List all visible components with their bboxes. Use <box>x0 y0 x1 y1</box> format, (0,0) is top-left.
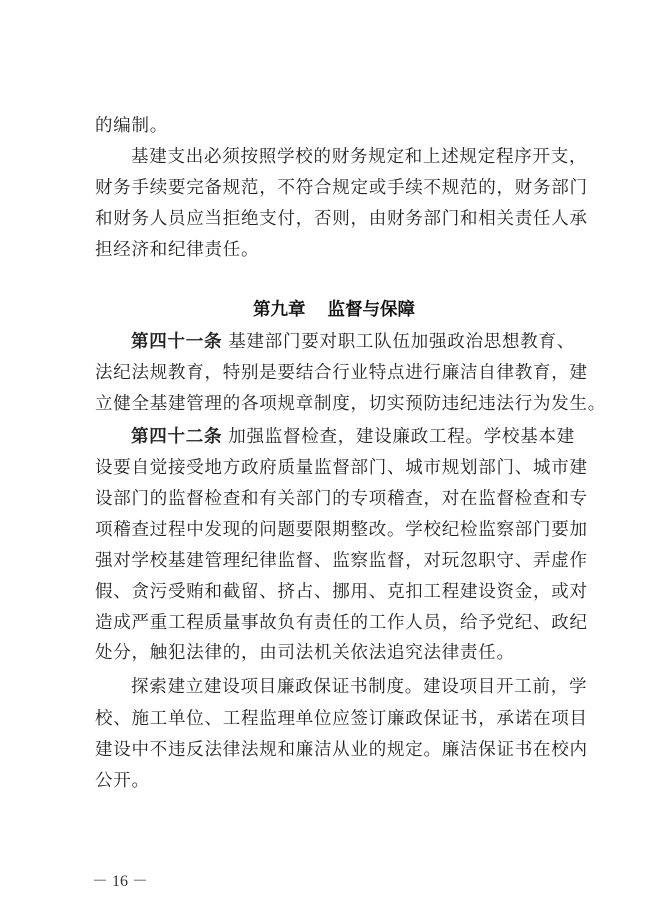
paragraph-guarantee-line: 探索建立建设项目廉政保证书制度。建设项目开工前，学 <box>131 676 587 698</box>
article-41-number: 第四十一条 <box>131 332 222 352</box>
chapter-heading: 第九章监督与保障 <box>253 299 415 321</box>
article-42-line: 处分，触犯法律的，由司法机关依法追究法律责任。 <box>95 642 515 664</box>
paragraph-finance-line: 基建支出必须按照学校的财务规定和上述规定程序开支， <box>131 146 587 168</box>
article-42-line: 强对学校基建管理纪律监督、监察监督，对玩忽职守、弄虚作 <box>95 550 588 572</box>
paragraph-guarantee-line: 公开。 <box>95 770 150 792</box>
article-42-line: 第四十二条加强监督检查，建设廉政工程。学校基本建 <box>131 426 575 448</box>
article-42-line: 设部门的监督检查和有关部门的专项稽查，对在监督检查和专 <box>95 488 588 510</box>
paragraph-finance-line: 和财务人员应当拒绝支付，否则，由财务部门和相关责任人承 <box>95 208 588 230</box>
article-42-line: 造成严重工程质量事故负有责任的工作人员，给予党纪、政纪 <box>95 612 588 634</box>
article-42-number: 第四十二条 <box>131 427 222 447</box>
paragraph-guarantee-line: 校、施工单位、工程监理单位应签订廉政保证书，承诺在项目 <box>95 708 588 730</box>
chapter-number: 第九章 <box>253 300 306 320</box>
article-41-line: 立健全基建管理的各项规章制度，切实预防违纪违法行为发生。 <box>95 393 606 415</box>
article-42-line: 项稽查过程中发现的问题要限期整改。学校纪检监察部门要加 <box>95 519 588 541</box>
article-42-line: 设要自觉接受地方政府质量监督部门、城市规划部门、城市建 <box>95 457 588 479</box>
paragraph-finance-line: 财务手续要完备规范，不符合规定或手续不规范的，财务部门 <box>95 177 588 199</box>
article-42-line: 假、贪污受贿和截留、挤占、挪用、克扣工程建设资金，或对 <box>95 581 588 603</box>
article-41-line: 第四十一条基建部门要对职工队伍加强政治思想教育、 <box>131 331 575 353</box>
paragraph-finance-line: 担经济和纪律责任。 <box>95 239 259 261</box>
article-41-line: 法纪法规教育，特别是要结合行业特点进行廉洁自律教育，建 <box>95 362 588 384</box>
paragraph-guarantee-line: 建设中不违反法律法规和廉洁从业的规定。廉洁保证书在校内 <box>95 739 588 761</box>
document-page: 的编制。 基建支出必须按照学校的财务规定和上述规定程序开支， 财务手续要完备规范… <box>0 0 652 921</box>
article-42-text: 加强监督检查，建设廉政工程。学校基本建 <box>228 427 575 447</box>
chapter-title-text: 监督与保障 <box>328 300 416 320</box>
article-41-text: 基建部门要对职工队伍加强政治思想教育、 <box>228 332 575 352</box>
page-number: － 16 － <box>92 872 148 892</box>
continuation-line: 的编制。 <box>95 115 168 137</box>
